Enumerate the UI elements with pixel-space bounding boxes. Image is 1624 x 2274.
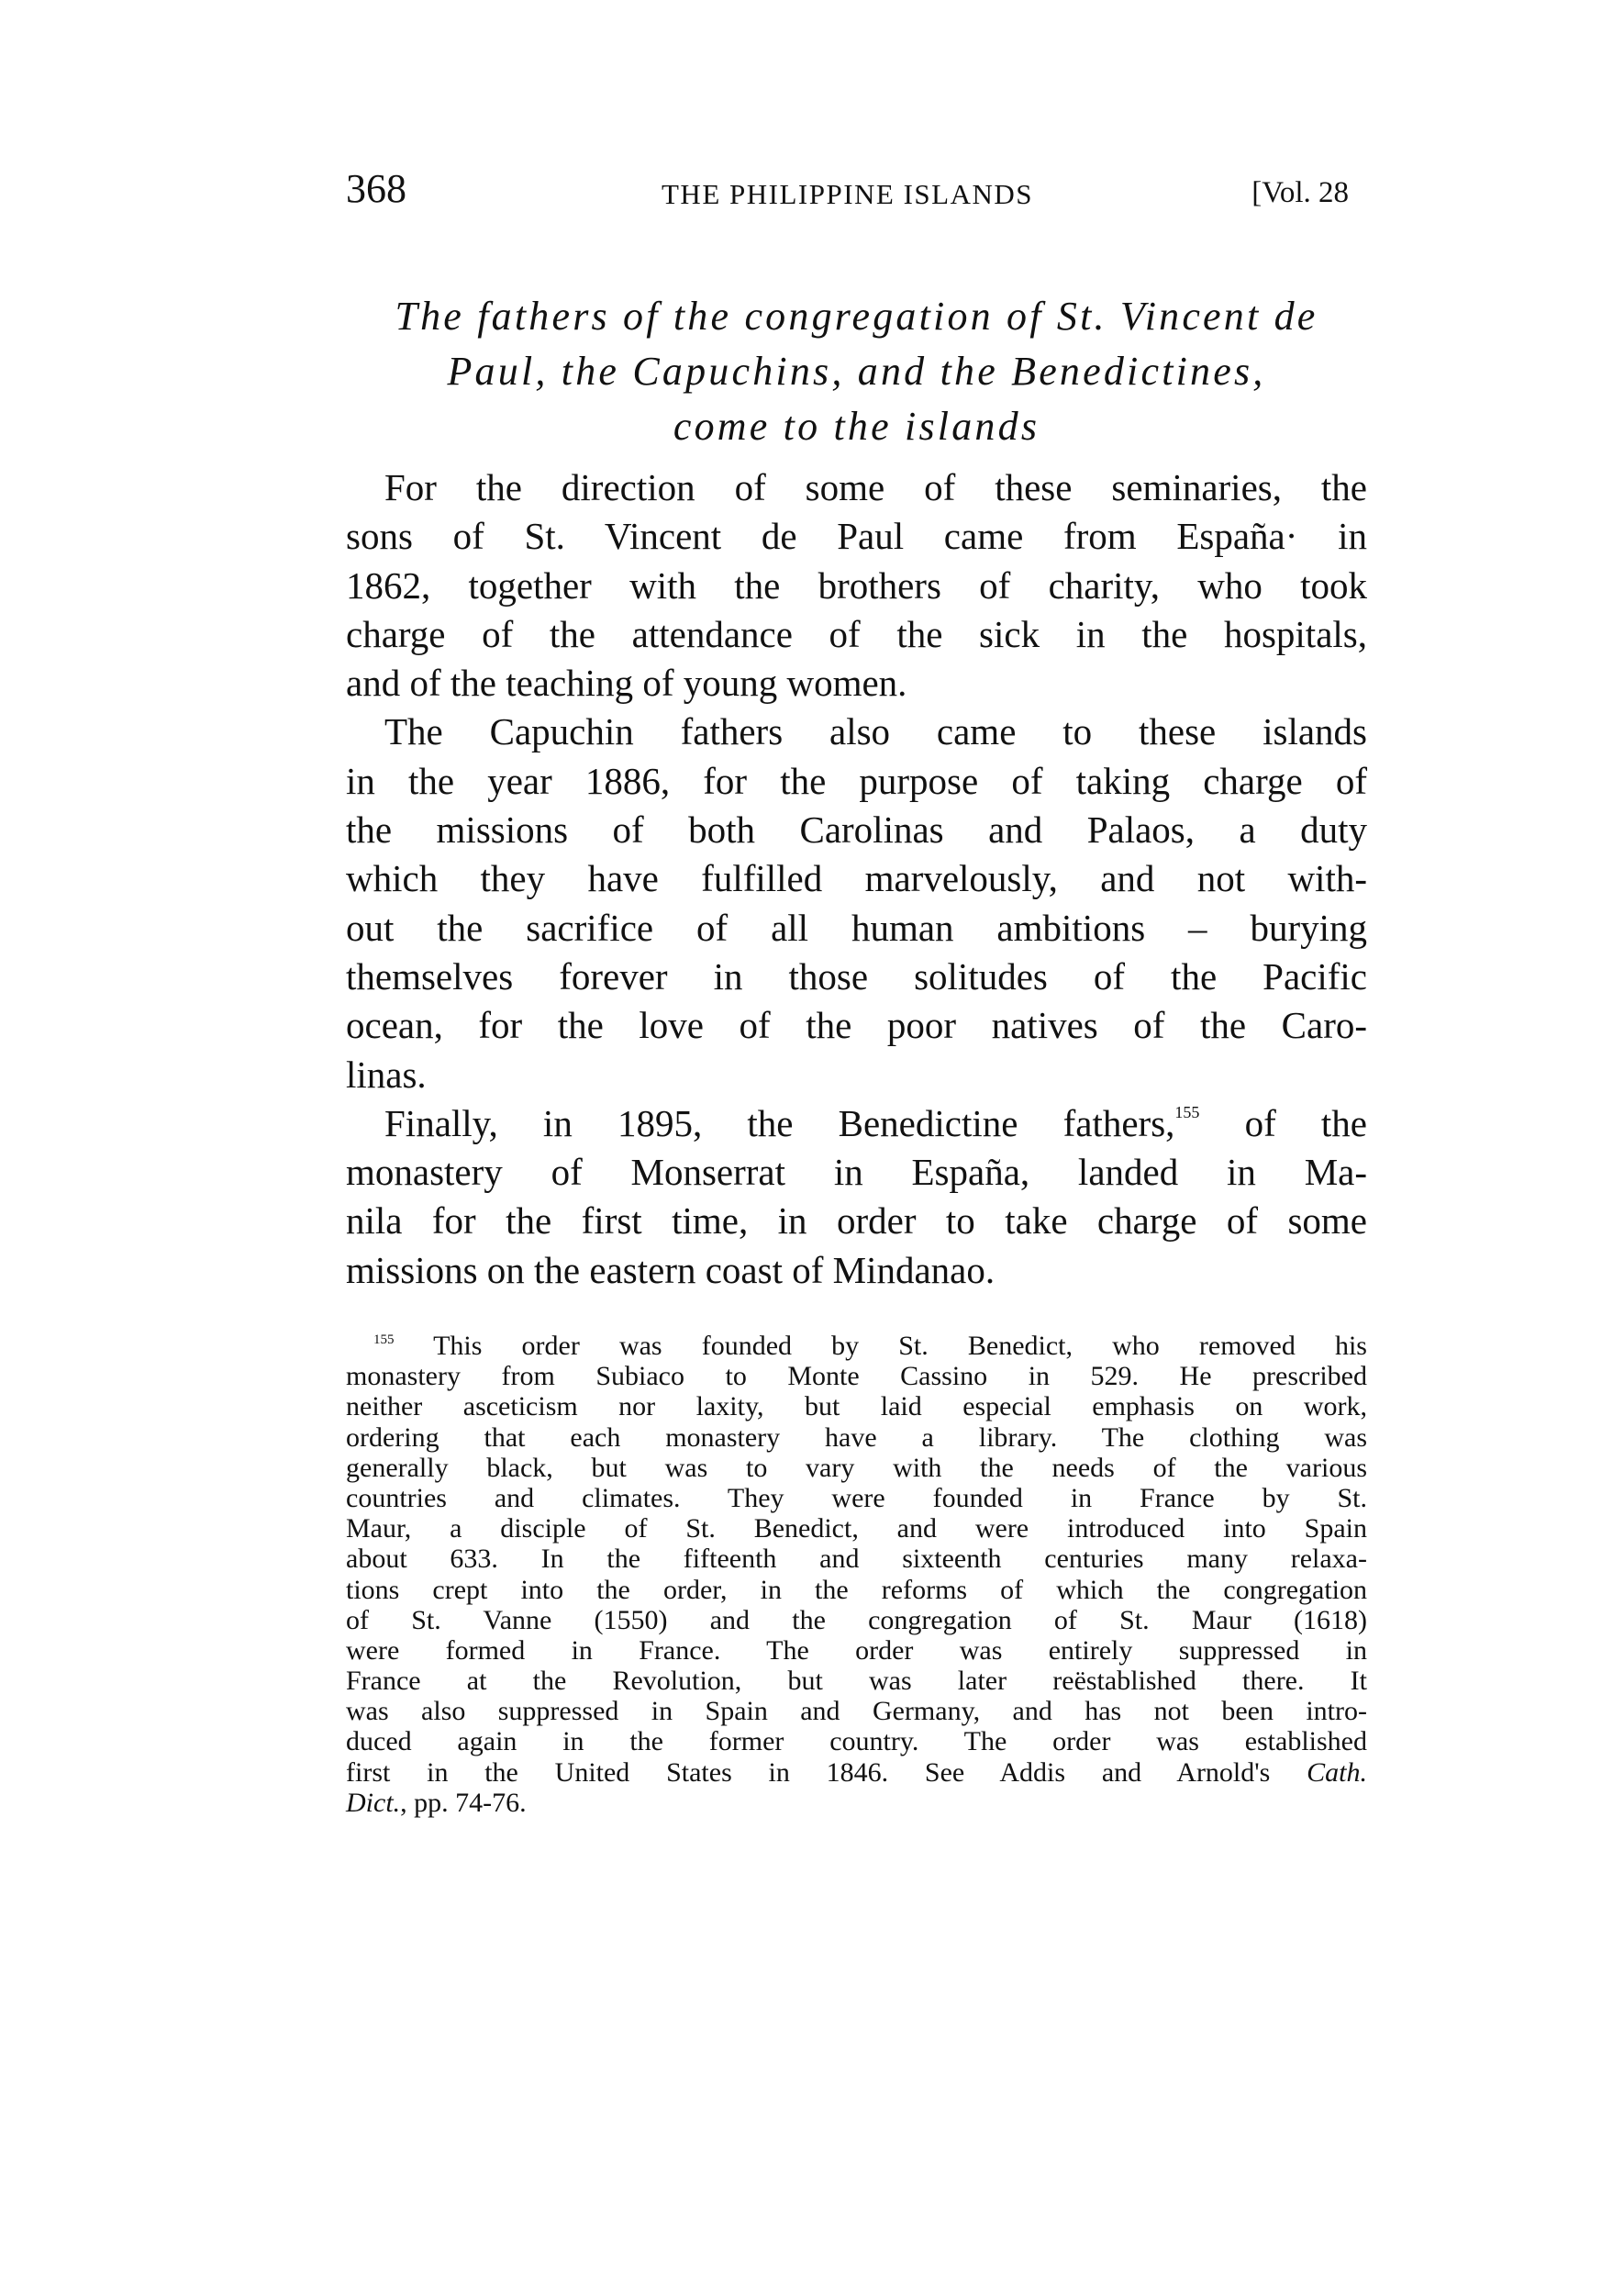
footnote-line: ordering that each monastery have a libr… — [346, 1422, 1367, 1453]
section-heading: The fathers of the congregation of St. V… — [346, 289, 1367, 454]
footnote-line: Maur, a disciple of St. Benedict, and we… — [346, 1513, 1367, 1544]
text-segment: of the — [1199, 1102, 1367, 1144]
text-line: For the direction of some of these semin… — [346, 463, 1367, 512]
footnote-line: duced again in the former country. The o… — [346, 1726, 1367, 1756]
text-line: which they have fulfilled marvelously, a… — [346, 854, 1367, 903]
text-line: out the sacrifice of all human ambitions… — [346, 904, 1367, 953]
footnote-line: tions crept into the order, in the refor… — [346, 1575, 1367, 1605]
footnote-line: generally black, but was to vary with th… — [346, 1453, 1367, 1483]
text-line: charge of the attendance of the sick in … — [346, 610, 1367, 659]
running-title: THE PHILIPPINE ISLANDS — [346, 167, 1367, 222]
heading-line: The fathers of the congregation of St. V… — [346, 289, 1367, 344]
running-head: 368 THE PHILIPPINE ISLANDS [Vol. 28 — [346, 162, 1367, 217]
footnote-line: of St. Vanne (1550) and the congregation… — [346, 1605, 1367, 1635]
footnote-line: neither asceticism nor laxity, but laid … — [346, 1391, 1367, 1421]
volume-label: [Vol. 28 — [1251, 165, 1349, 220]
text-line: sons of St. Vincent de Paul came from Es… — [346, 512, 1367, 561]
paragraph: Finally, in 1895, the Benedictine father… — [346, 1099, 1367, 1295]
book-page: 368 THE PHILIPPINE ISLANDS [Vol. 28 The … — [0, 0, 1624, 2274]
heading-line: come to the islands — [346, 399, 1367, 454]
text-line: ocean, for the love of the poor natives … — [346, 1001, 1367, 1050]
text-segment: first in the United States in 1846. See … — [346, 1757, 1270, 1788]
footnote-reference[interactable]: 155 — [1174, 1103, 1199, 1121]
text-line: the missions of both Carolinas and Palao… — [346, 806, 1367, 854]
text-line: The Capuchin fathers also came to these … — [346, 708, 1367, 756]
text-line: monastery of Monserrat in España, landed… — [346, 1148, 1367, 1197]
text-segment: This order was founded by St. Benedict, … — [433, 1331, 1367, 1361]
text-line: themselves forever in those solitudes of… — [346, 953, 1367, 1001]
text-line: Finally, in 1895, the Benedictine father… — [346, 1099, 1367, 1148]
footnote-line: Dict., pp. 74-76. — [346, 1788, 1367, 1818]
footnote-line: about 633. In the fifteenth and sixteent… — [346, 1544, 1367, 1574]
footnote-line: 155 This order was founded by St. Benedi… — [346, 1331, 1367, 1361]
text-line: nila for the first time, in order to tak… — [346, 1197, 1367, 1245]
body-text: For the direction of some of these semin… — [346, 463, 1367, 1295]
text-line: missions on the eastern coast of Mindana… — [346, 1246, 1367, 1295]
footnote: 155 This order was founded by St. Benedi… — [346, 1331, 1367, 1818]
footnote-marker: 155 — [373, 1332, 395, 1347]
footnote-line: monastery from Subiaco to Monte Cassino … — [346, 1361, 1367, 1391]
footnote-line: first in the United States in 1846. See … — [346, 1757, 1367, 1788]
citation-title: Dict. — [346, 1788, 400, 1818]
text-segment: , pp. 74-76. — [400, 1788, 527, 1818]
footnote-line: were formed in France. The order was ent… — [346, 1635, 1367, 1666]
text-line: and of the teaching of young women. — [346, 659, 1367, 708]
paragraph: The Capuchin fathers also came to these … — [346, 708, 1367, 1098]
text-segment: Finally, in 1895, the Benedictine father… — [384, 1102, 1174, 1144]
paragraph: For the direction of some of these semin… — [346, 463, 1367, 708]
footnote-line: France at the Revolution, but was later … — [346, 1666, 1367, 1696]
heading-line: Paul, the Capuchins, and the Benedictine… — [346, 344, 1367, 399]
citation-title: Cath. — [1307, 1757, 1367, 1788]
text-line: 1862, together with the brothers of char… — [346, 562, 1367, 610]
text-line: linas. — [346, 1051, 1367, 1099]
text-line: in the year 1886, for the purpose of tak… — [346, 757, 1367, 806]
footnote-line: was also suppressed in Spain and Germany… — [346, 1696, 1367, 1726]
footnote-line: countries and climates. They were founde… — [346, 1483, 1367, 1513]
